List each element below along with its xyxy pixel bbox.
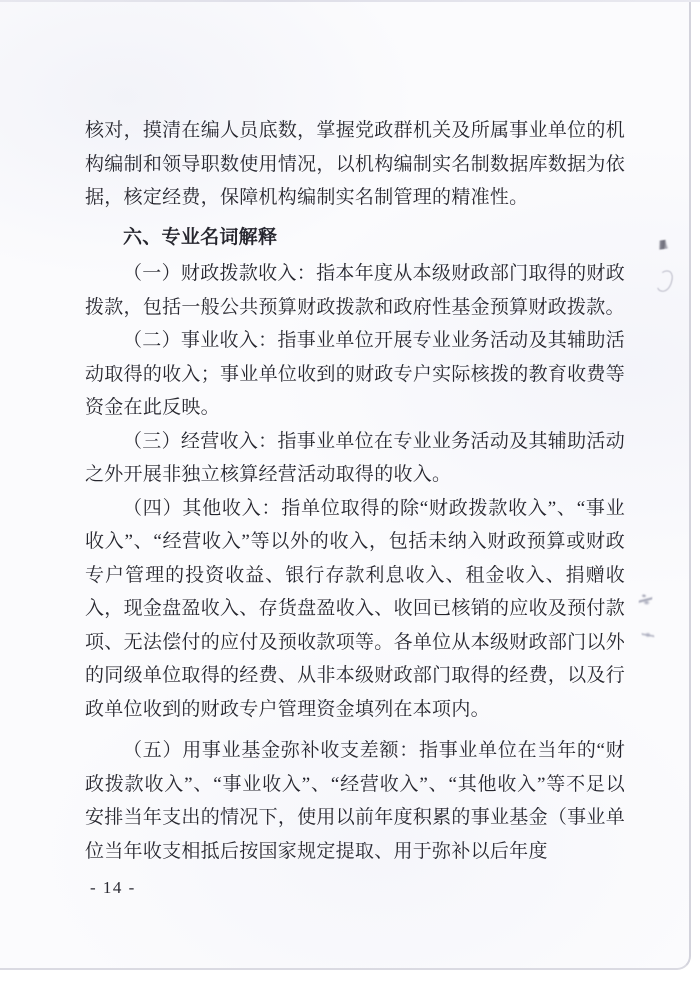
- scan-edge-top: [0, 0, 700, 2]
- section-heading-terminology: 六、专业名词解释: [85, 221, 625, 255]
- document-body: 核对，摸清在编人员底数，掌握党政群机关及所属事业单位的机构编制和领导职数使用情况…: [85, 114, 625, 868]
- scanned-document-screenshot: { "colors": { "paper": "#fbfbfd", "ink":…: [0, 0, 700, 989]
- paragraph-term-business-income: （三）经营收入：指事业单位在专业业务活动及其辅助活动之外开展非独立核算经营活动取…: [85, 425, 625, 492]
- paragraph-term-operational-income: （二）事业收入：指事业单位开展专业业务活动及其辅助活动取得的收入；事业单位收到的…: [85, 324, 625, 425]
- paragraph-term-fund-deficit-offset: （五）用事业基金弥补收支差额：指事业单位在当年的“财政拨款收入”、“事业收入”、…: [85, 734, 625, 868]
- paragraph-term-other-income: （四）其他收入：指单位取得的除“财政拨款收入”、“事业收入”、“经营收入”等以外…: [85, 492, 625, 727]
- paragraph-term-fiscal-appropriation-income: （一）财政拨款收入：指本年度从本级财政部门取得的财政拨款，包括一般公共预算财政拨…: [85, 257, 625, 324]
- page-number: - 14 -: [90, 878, 136, 898]
- paragraph-continuation: 核对，摸清在编人员底数，掌握党政群机关及所属事业单位的机构编制和领导职数使用情况…: [85, 114, 625, 215]
